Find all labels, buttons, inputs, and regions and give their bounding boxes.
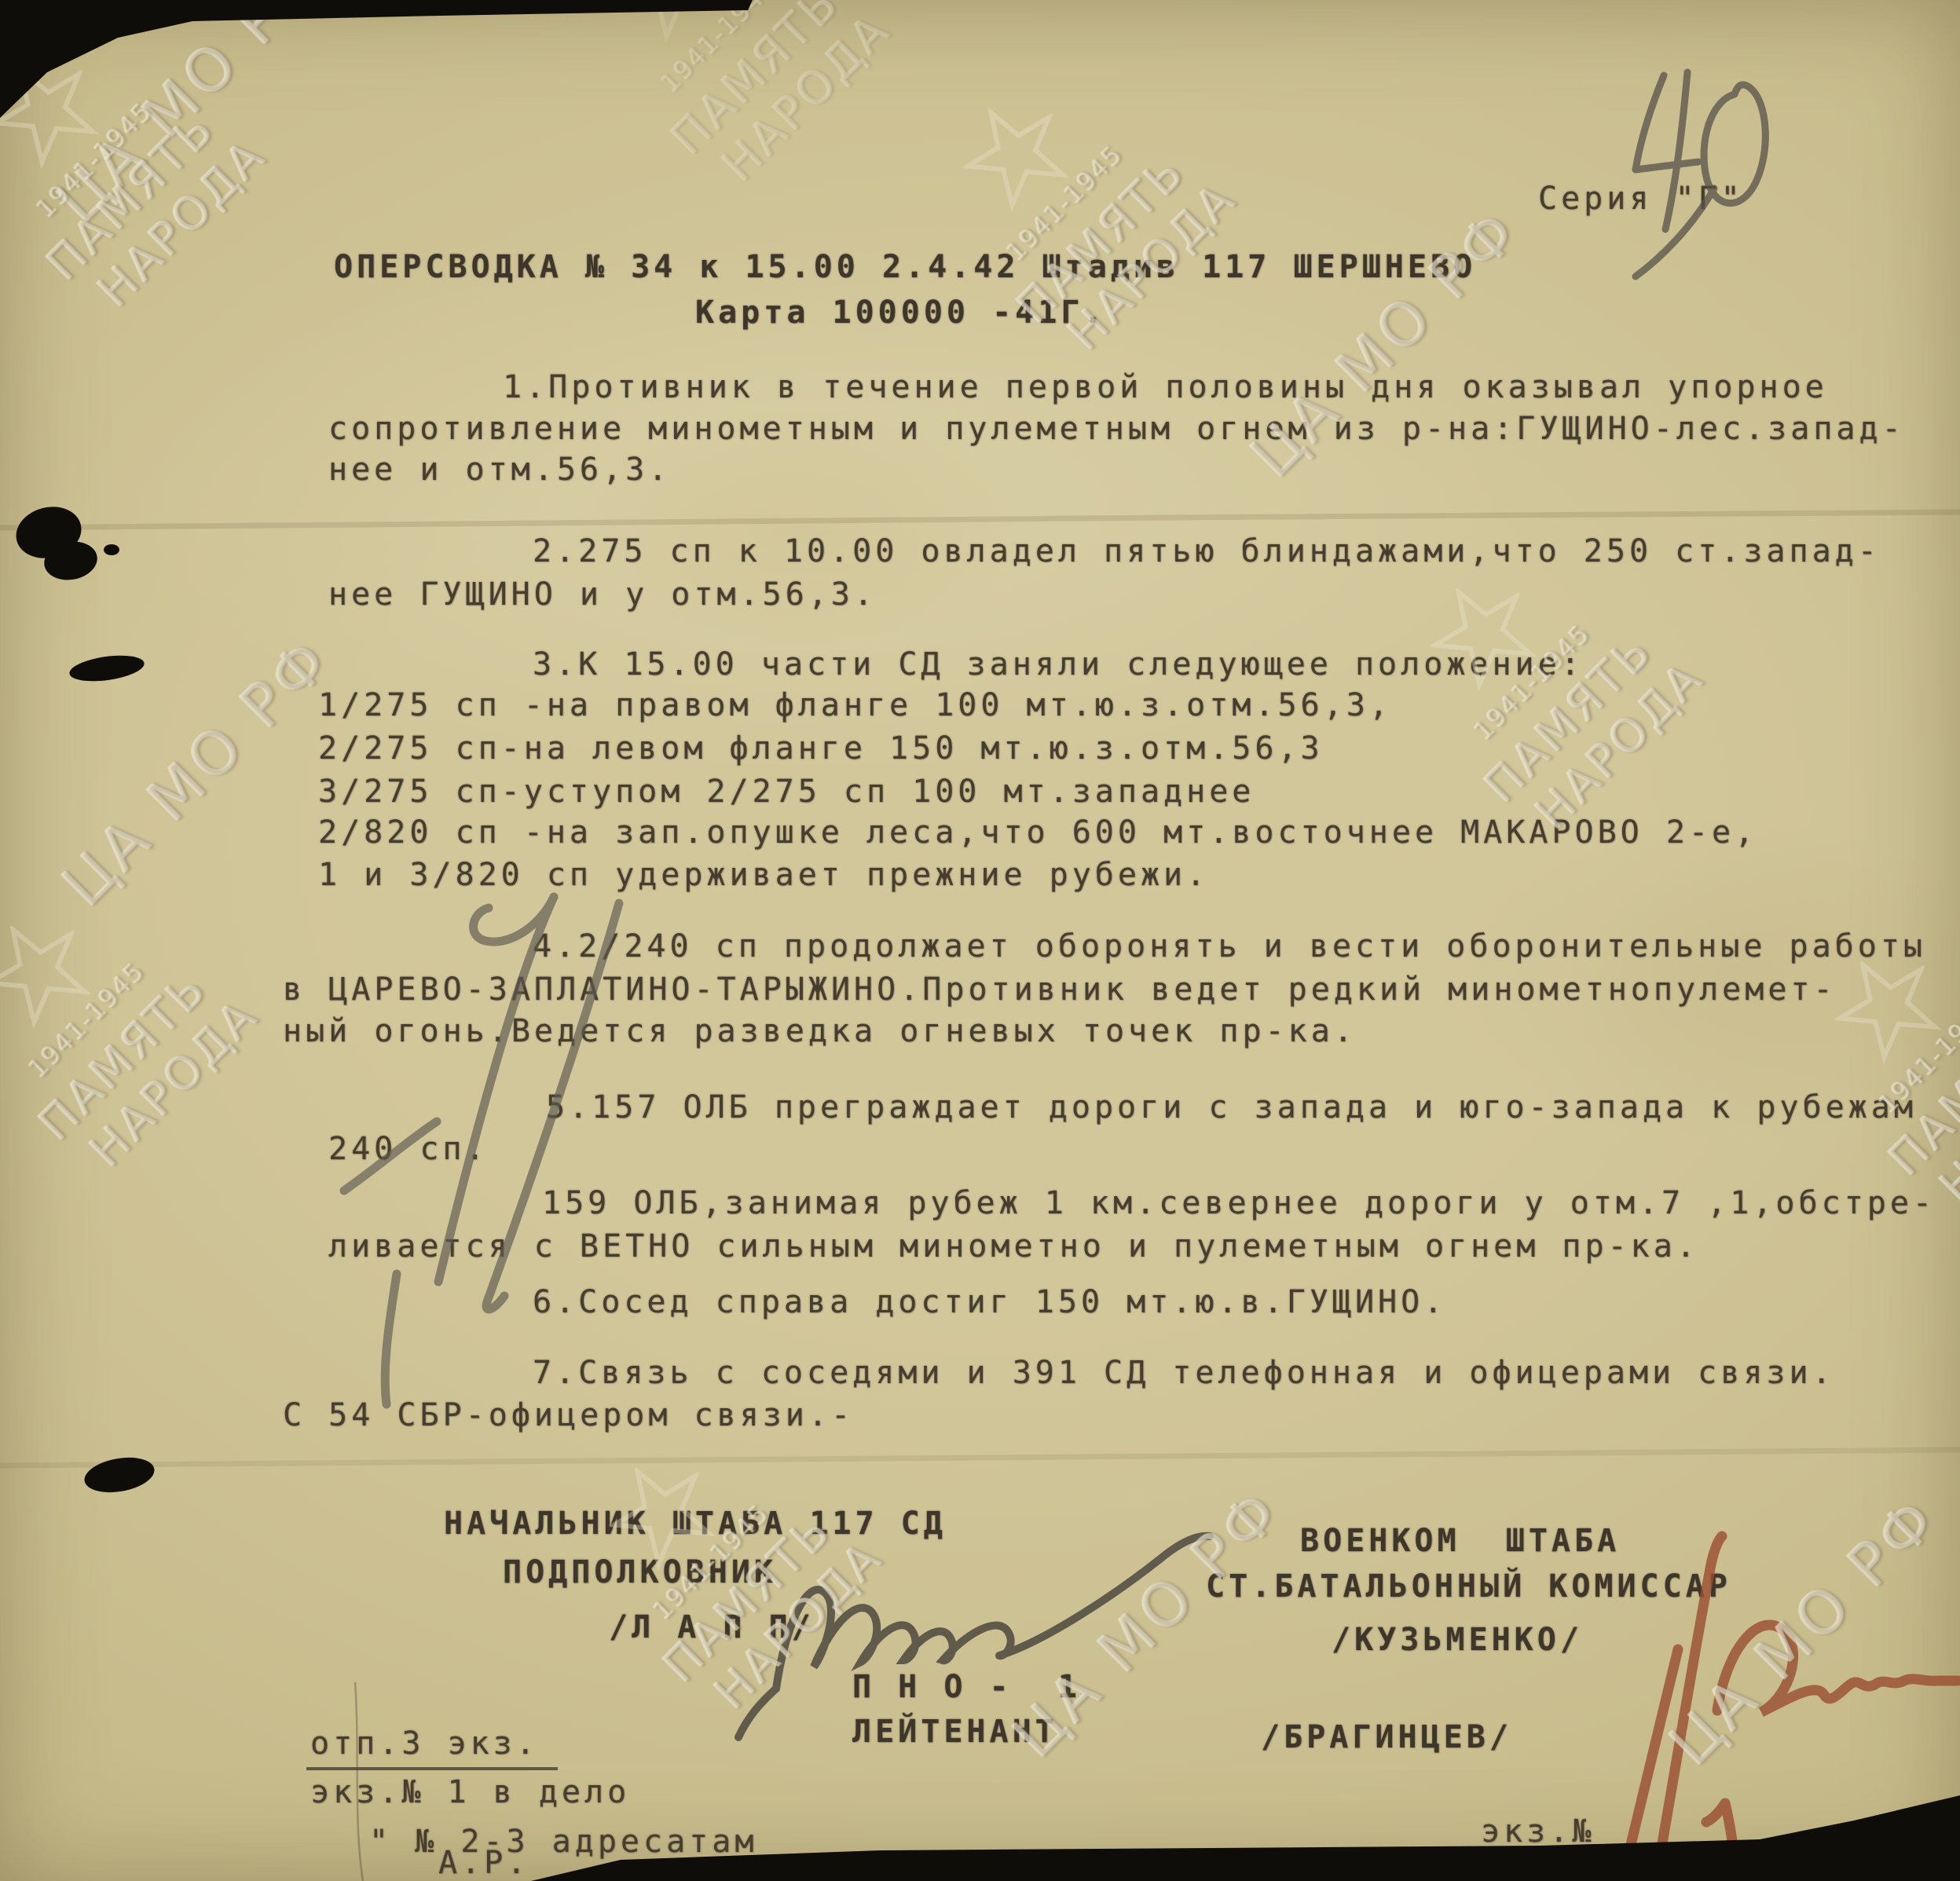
ink-dash <box>82 1453 157 1498</box>
star-watermark-icon <box>0 899 108 1041</box>
signature-left-name: /Л А П П/ <box>609 1612 815 1643</box>
paragraph-7-line-1: 7.Связь с соседями и 391 СД телефонная и… <box>533 1357 1835 1389</box>
signature-right-rank: СТ.БАТАЛЬОННЫЙ КОМИССАР <box>1206 1571 1731 1602</box>
ink-blot <box>104 544 119 555</box>
star-watermark-icon <box>0 39 116 181</box>
paragraph-1-line-2: сопротивление минометным и пулеметным ог… <box>328 413 1905 445</box>
pno-rank: ЛЕЙТЕНАНТ <box>852 1716 1058 1747</box>
paragraph-3-line-5: 2/820 сп -на зап.опушке леса,что 600 мт.… <box>318 817 1757 848</box>
paragraph-4-line-3: ный огонь.Ведется разведка огневых точек… <box>283 1016 1357 1047</box>
signature-left-rank: ПОДПОЛКОВНИК <box>503 1557 777 1588</box>
star-watermark-icon <box>944 82 1086 225</box>
copies-underline <box>306 1767 558 1770</box>
ink-blot <box>41 537 100 584</box>
signature-left-title: НАЧАЛЬНИК ШТАБА 117 СД <box>444 1508 947 1539</box>
watermark-naroda: НАРОДА <box>1929 1023 1960 1213</box>
paragraph-1-line-3: нее и отм.56,3. <box>328 454 671 485</box>
paragraph-2-line-2: нее ГУЩИНО и у отм.56,3. <box>328 579 877 610</box>
pno-title: П Н О - 1 <box>852 1671 1081 1703</box>
watermark-years: 1941-1945 <box>31 96 159 224</box>
watermark-years: 1941-1945 <box>23 956 151 1084</box>
memory-watermark: 1941-1945 ПАМЯТЬ НАРОДА <box>0 0 272 337</box>
watermark-naroda: НАРОДА <box>712 2 901 192</box>
paragraph-3-line-1: 3.К 15.00 части СД заняли следующее поло… <box>533 649 1584 680</box>
copy-number-underline <box>1681 1872 1838 1876</box>
paragraph-3-line-2: 1/275 сп -на правом фланге 100 мт.ю.з.от… <box>318 690 1392 721</box>
paragraph-3-line-6: 1 и 3/820 сп удерживает прежние рубежи. <box>318 859 1209 891</box>
watermark-years: 1941-1945 <box>655 0 783 98</box>
watermark-years: 1941-1945 <box>1001 139 1129 267</box>
copies-line-3: " № 2-3 адресатам <box>369 1826 757 1857</box>
paragraph-5-line-2: 240 сп. <box>328 1133 489 1165</box>
watermark-naroda: НАРОДА <box>79 988 269 1177</box>
scan-edge-top <box>0 0 753 118</box>
paragraph-5-line-4: ливается с ВЕТНО сильным минометно и пул… <box>328 1231 1699 1262</box>
memory-watermark: 1941-1945 ПАМЯТЬ НАРОДА <box>0 851 264 1197</box>
archive-watermark: ЦА МО РФ <box>1656 1483 1952 1779</box>
archive-watermark: ЦА МО РФ <box>43 0 339 236</box>
page-number-pencil <box>1636 72 1765 276</box>
paragraph-5-line-3: 159 ОЛБ,занимая рубеж 1 км.севернее доро… <box>542 1188 1936 1219</box>
watermark-memory: ПАМЯТЬ <box>36 101 225 291</box>
ink-blot <box>11 500 87 565</box>
copies-line-1: отп.3 экз. <box>310 1728 539 1759</box>
paragraph-2-line-1: 2.275 сп к 10.00 овладел пятью блиндажам… <box>533 536 1881 567</box>
star-watermark-icon <box>599 0 741 56</box>
paragraph-1-line-1: 1.Противник в течение первой половины дн… <box>503 371 1828 403</box>
copy-number-label: экз.№ <box>1481 1816 1595 1847</box>
signature-right-name: /КУЗЬМЕНКО/ <box>1332 1624 1583 1656</box>
ink-dash <box>68 651 145 685</box>
signature-right-title: ВОЕНКОМ ШТАБА <box>1300 1525 1620 1557</box>
watermark-memory: ПАМЯТЬ <box>28 961 218 1151</box>
copy-number-written <box>1725 1803 1736 1879</box>
doc-title: ОПЕРСВОДКА № 34 к 15.00 2.4.42 Штадив 11… <box>334 251 1476 283</box>
paragraph-6-line-1: 6.Сосед справа достиг 150 мт.ю.в.ГУЩИНО. <box>533 1286 1446 1318</box>
paragraph-7-line-2: С 54 СБР-офицером связи.- <box>283 1400 854 1431</box>
paragraph-3-line-3: 2/275 сп-на левом фланге 150 мт.ю.з.отм.… <box>318 733 1324 764</box>
paragraph-4-line-1: 4.2/240 сп продолжает оборонять и вести … <box>533 931 1926 962</box>
paragraph-5-line-1: 5.157 ОЛБ преграждает дороги с запада и … <box>546 1092 1917 1123</box>
pno-name: /БРАГИНЦЕВ/ <box>1261 1722 1512 1753</box>
doc-map-ref: Карта 100000 -41Г. <box>695 297 1106 328</box>
paragraph-4-line-2: в ЦАРЕВО-ЗАПЛАТИНО-ТАРЫЖИНО.Противник ве… <box>283 974 1837 1005</box>
paragraph-3-line-4: 3/275 сп-уступом 2/275 сп 100 мт.западне… <box>318 776 1255 807</box>
memory-watermark: 1941-1945 ПАМЯТЬ НАРОДА <box>550 0 896 211</box>
watermark-memory: ПАМЯТЬ <box>661 0 850 165</box>
document-page: ОПЕРСВОДКА № 34 к 15.00 2.4.42 Штадив 11… <box>0 0 1960 1881</box>
watermark-naroda: НАРОДА <box>87 128 277 317</box>
copies-line-2: экз.№ 1 в дело <box>310 1777 630 1808</box>
doc-series: Серия "Г" <box>1538 183 1744 214</box>
archive-watermark: ЦА МО РФ <box>49 624 345 920</box>
copies-line-4: А.Р. <box>438 1847 529 1879</box>
